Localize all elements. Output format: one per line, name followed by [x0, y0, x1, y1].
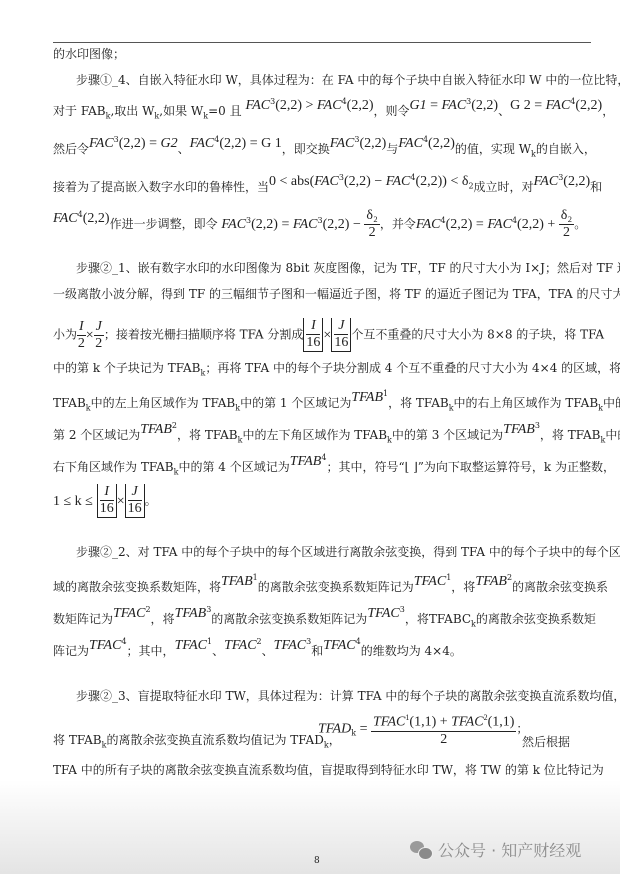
text-line: TFABk中的左上角区域作为 TFABk中的第 1 个区域记为TFAB1，将 T… — [53, 392, 620, 416]
text-line: 右下角区域作为 TFABk中的第 4 个区域记为TFAB4；其中，符号“⌊ ⌋”… — [53, 456, 615, 480]
watermark: 公众号 · 知产财经观 — [410, 838, 581, 861]
text-line: 中的第 k 个子块记为 TFABk；再将 TFA 中的每个子块分割成 4 个互不… — [53, 360, 620, 381]
header-rule — [53, 42, 591, 43]
text-line: 第 2 个区域记为TFAB2，将 TFABk中的左下角区域作为 TFABk中的第… — [53, 424, 620, 448]
document-page: 的水印图像； 步骤①_4、自嵌入特征水印 W，具体过程为：在 FA 中的每个子块… — [0, 0, 620, 874]
formula: FAC4(2,2) — [398, 136, 455, 150]
formula: G1 = FAC3(2,2) — [410, 98, 499, 112]
text-line: 对于 FABk,取出 Wk,如果 Wk=0 且 FAC3(2,2) > FAC4… — [53, 100, 614, 124]
text-line: 域的离散余弦变换系数矩阵，将TFAB1的离散余弦变换系数矩阵记为TFAC1，将T… — [53, 576, 608, 596]
text-line: 一级离散小波分解，得到 TF 的三幅细节子图和一幅逼近子图，将 TF 的逼近子图… — [53, 286, 620, 302]
formula: G 2 = FAC4(2,2) — [510, 98, 602, 112]
formula: 1 ≤ k ≤ I16×J16 — [53, 494, 145, 508]
formula-tfad: TFADk = TFAC1(1,1) + TFAC2(1,1)2； — [318, 710, 528, 748]
text-line: 将 TFABk的离散余弦变换直流系数均值记为 TFADk， — [53, 732, 341, 753]
formula: FAC3(2,2) > FAC4(2,2) — [245, 98, 373, 112]
step-2-3-heading: 步骤②_3、盲提取特征水印 TW，具体过程为：计算 TFA 中的每个子块的离散余… — [76, 688, 620, 704]
text-line: 小为I2×J2；接着按光栅扫描顺序将 TFA 分割成I16×J16个互不重叠的尺… — [53, 318, 604, 352]
text-line: FAC4(2,2)作进一步调整，即令 FAC3(2,2) = FAC3(2,2)… — [53, 208, 586, 241]
formula: FAC4(2,2) = G 1 — [190, 136, 282, 150]
step-2-1-heading: 步骤②_1、嵌有数字水印的水印图像为 8bit 灰度图像，记为 TF，TF 的尺… — [76, 260, 620, 276]
formula: FAC3(2,2) — [534, 174, 591, 188]
formula: FAC4(2,2) — [53, 211, 110, 225]
formula: 0 < abs(FAC3(2,2) − FAC4(2,2)) < δ2 — [269, 174, 474, 188]
text-line: 接着为了提高嵌入数字水印的鲁棒性，当0 < abs(FAC3(2,2) − FA… — [53, 176, 602, 200]
watermark-text: 公众号 · 知产财经观 — [438, 838, 581, 861]
text-line: 阵记为TFAC4；其中，TFAC1、TFAC2、TFAC3和TFAC4的维数均为… — [53, 640, 462, 660]
text-line: TFA 中的所有子块的离散余弦变换直流系数均值，盲提取得到特征水印 TW，将 T… — [53, 762, 604, 778]
wechat-icon — [410, 841, 432, 859]
formula: I16×J16 — [303, 328, 351, 342]
step-1-4-heading: 步骤①_4、自嵌入特征水印 W，具体过程为：在 FA 中的每个子块中自嵌入特征水… — [76, 72, 620, 88]
formula: FAC3(2,2) = FAC3(2,2) − δ₂2 — [221, 217, 379, 231]
page-number: 8 — [314, 856, 320, 866]
formula: FAC3(2,2) = G2 — [89, 136, 178, 150]
text-line: 的水印图像； — [53, 46, 125, 62]
text-line: 然后根据 — [522, 734, 570, 750]
formula: FAC4(2,2) = FAC4(2,2) + δ₂2 — [416, 217, 574, 231]
formula: I2×J2 — [77, 328, 104, 342]
formula: FAC3(2,2) — [330, 136, 387, 150]
text-line: 数矩阵记为TFAC2，将TFAB3的离散余弦变换系数矩阵记为TFAC3，将TFA… — [53, 608, 596, 632]
text-line: 然后令FAC3(2,2) = G2、FAC4(2,2) = G 1，即交换FAC… — [53, 138, 596, 162]
text-line: 1 ≤ k ≤ I16×J16。 — [53, 484, 157, 518]
step-2-2-heading: 步骤②_2、对 TFA 中的每个子块中的每个区域进行离散余弦变换，得到 TFA … — [76, 544, 620, 560]
